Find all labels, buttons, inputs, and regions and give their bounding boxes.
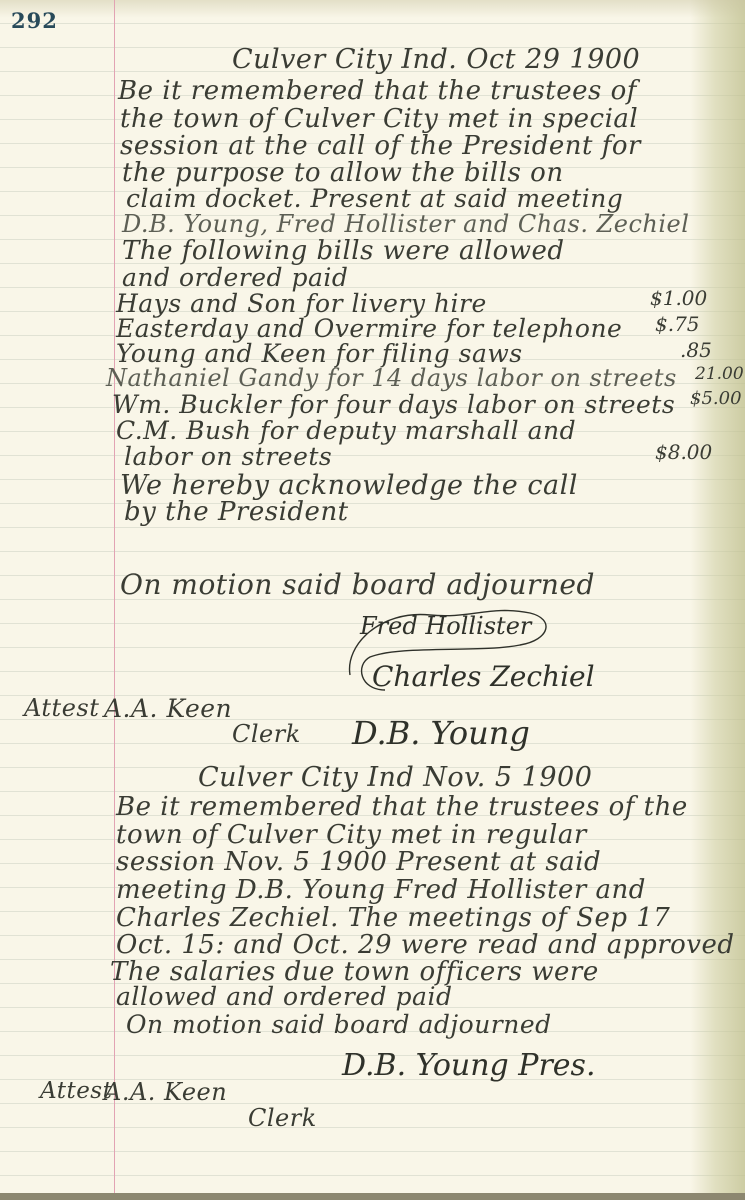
- attest-clerk-name: A.A. Keen: [104, 694, 232, 723]
- entry2-line: Oct. 15: and Oct. 29 were read and appro…: [116, 930, 735, 960]
- bill-amount: $.75: [655, 312, 700, 336]
- bill-amount: .85: [680, 338, 712, 362]
- attest-label: Attest: [40, 1078, 112, 1104]
- page-number: 292: [11, 8, 58, 33]
- bill-payee: Wm. Buckler for four days labor on stree…: [112, 390, 675, 419]
- bill-payee: Nathaniel Gandy for 14 days labor on str…: [106, 364, 677, 392]
- entry2-line: meeting D.B. Young Fred Hollister and: [116, 875, 646, 905]
- acknowledgement-line: by the President: [124, 497, 349, 527]
- bill-payee: labor on streets: [124, 442, 332, 471]
- bill-amount: $1.00: [650, 286, 707, 310]
- attest-clerk-title: Clerk: [248, 1104, 317, 1132]
- bill-amount: 21.00: [695, 364, 744, 384]
- signature-charles-zechiel: Charles Zechiel: [372, 660, 595, 693]
- attest-label: Attest: [24, 694, 99, 722]
- entry1-heading: Culver City Ind. Oct 29 1900: [232, 44, 640, 75]
- entry2-line: allowed and ordered paid: [116, 982, 452, 1011]
- entry1-line: session at the call of the President for: [120, 131, 641, 161]
- page-bottom-edge: [0, 1193, 745, 1200]
- bill-amount: $5.00: [690, 388, 742, 409]
- entry2-heading: Culver City Ind Nov. 5 1900: [198, 762, 592, 793]
- signature-db-young: D.B. Young: [352, 714, 530, 752]
- entry2-adjourn: On motion said board adjourned: [126, 1010, 552, 1039]
- bill-payee: C.M. Bush for deputy marshall and: [116, 416, 576, 445]
- attest-clerk-title: Clerk: [232, 720, 301, 748]
- entry1-line: Be it remembered that the trustees of: [118, 76, 637, 106]
- entry1-line: D.B. Young, Fred Hollister and Chas. Zec…: [122, 210, 689, 238]
- entry1-line: The following bills were allowed: [122, 236, 565, 266]
- attest-clerk-name: A.A. Keen: [104, 1078, 227, 1106]
- page-top-shadow: [0, 0, 745, 18]
- entry2-line: Charles Zechiel. The meetings of Sep 17: [116, 903, 670, 933]
- signature-fred-hollister: Fred Hollister: [360, 612, 531, 640]
- entry2-line: session Nov. 5 1900 Present at said: [116, 847, 601, 877]
- margin-rule: [114, 0, 115, 1200]
- ledger-page: 292 Culver City Ind. Oct 29 1900 Be it r…: [0, 0, 745, 1200]
- entry2-line: Be it remembered that the trustees of th…: [116, 792, 688, 822]
- entry2-line: town of Culver City met in regular: [116, 820, 587, 850]
- bill-amount: $8.00: [655, 440, 712, 464]
- entry1-line: claim docket. Present at said meeting: [126, 184, 623, 213]
- signature-db-young-pres: D.B. Young Pres.: [342, 1048, 596, 1083]
- entry1-line: and ordered paid: [122, 263, 348, 292]
- entry1-line: the town of Culver City met in special: [120, 104, 638, 134]
